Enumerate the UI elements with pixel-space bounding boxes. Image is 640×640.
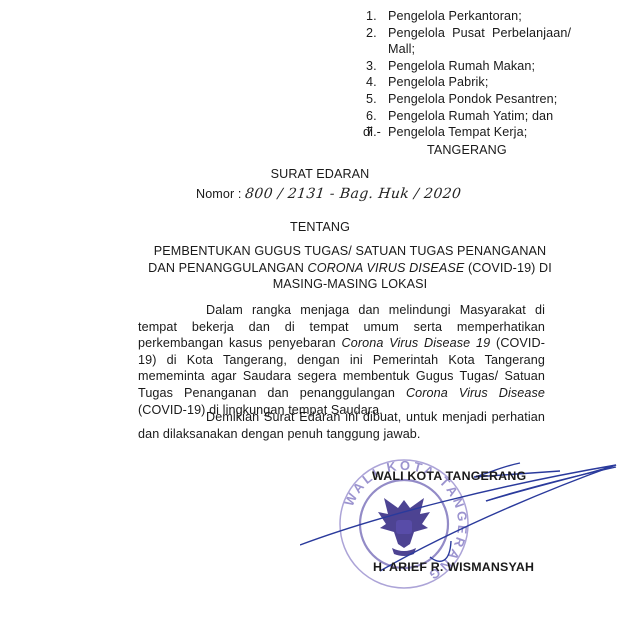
addressee-text-continued: Mall; [388,41,636,58]
addressee-number: 6. [366,108,377,125]
p2-text: Demikian Surat Edaran ini dibuat, untuk … [138,409,545,442]
destination-city: TANGERANG [427,142,507,159]
subject-italic: CORONA VIRUS DISEASE [308,261,465,275]
di-label: di - [363,124,381,141]
addressee-number: 1. [366,8,377,25]
addressee-item: 5.Pengelola Pondok Pesantren; [366,91,636,108]
addressee-text: Pengelola Pondok Pesantren; [388,92,557,106]
addressee-item: 4.Pengelola Pabrik; [366,74,636,91]
addressee-item: 1.Pengelola Perkantoran; [366,8,636,25]
addressee-text: Pengelola Pusat Perbelanjaan/ [388,26,571,40]
signatory-name: H. ARIEF R. WISMANSYAH [373,560,534,574]
addressee-text: Pengelola Rumah Makan; [388,59,535,73]
addressee-text: Pengelola Pabrik; [388,75,488,89]
letter-title: SURAT EDARAN [0,166,640,183]
letter-number: Nomor : 800 / 2131 - Bag. Huk / 2020 [196,186,461,203]
addressee-number: 4. [366,74,377,91]
p1-italic-2: Corona Virus Disease [406,386,545,400]
addressee-list: 1.Pengelola Perkantoran;2.Pengelola Pusa… [366,8,636,141]
letter-subject: PEMBENTUKAN GUGUS TUGAS/ SATUAN TUGAS PE… [140,243,560,293]
addressee-number: 5. [366,91,377,108]
addressee-item: 3.Pengelola Rumah Makan; [366,58,636,75]
signatory-title: WALI KOTA TANGERANG [372,469,526,483]
addressee-item: 2.Pengelola Pusat Perbelanjaan/Mall; [366,25,636,58]
addressee-item: 6.Pengelola Rumah Yatim; dan [366,108,636,125]
p1-italic-1: Corona Virus Disease 19 [342,336,491,350]
nomor-label: Nomor : [196,187,242,201]
addressee-item: 7.Pengelola Tempat Kerja; [366,124,636,141]
addressee-number: 3. [366,58,377,75]
body-paragraph-2: Demikian Surat Edaran ini dibuat, untuk … [138,409,545,442]
addressee-number: 2. [366,25,377,42]
addressee-text: Pengelola Tempat Kerja; [388,125,527,139]
body-paragraph-1: Dalam rangka menjaga dan melindungi Masy… [138,302,545,418]
addressee-text: Pengelola Rumah Yatim; dan [388,109,553,123]
addressee-text: Pengelola Perkantoran; [388,9,522,23]
nomor-handwritten-value: 800 / 2131 - Bag. Huk / 2020 [244,186,462,203]
tentang-label: TENTANG [0,219,640,236]
